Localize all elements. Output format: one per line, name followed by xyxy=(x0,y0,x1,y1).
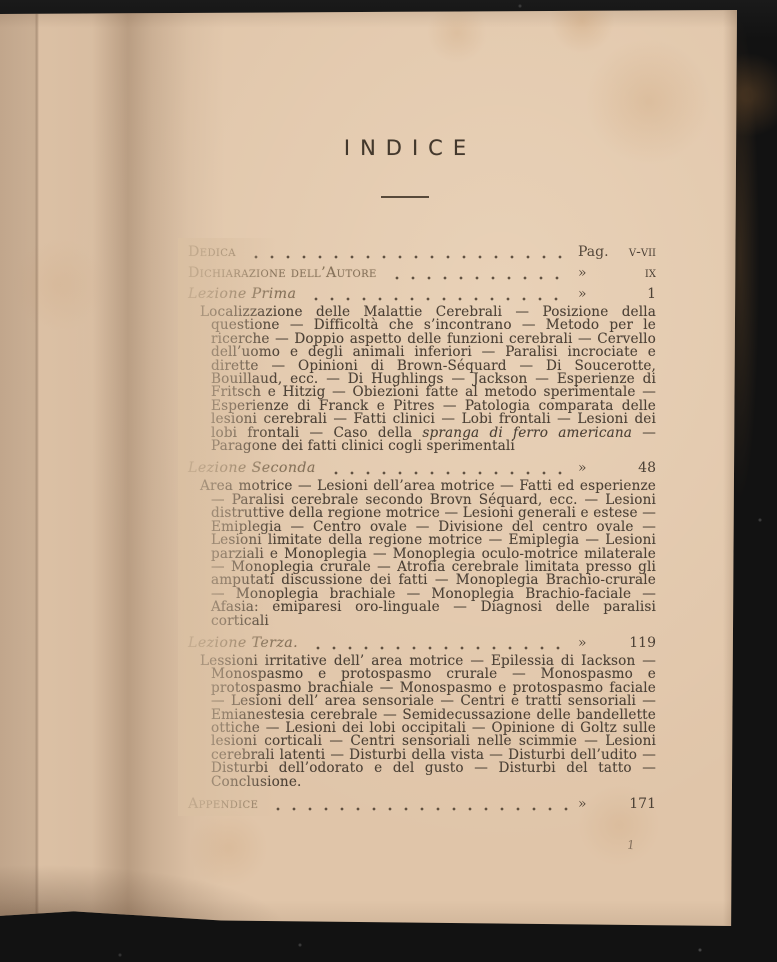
toc-row-label: Lezione Prima xyxy=(188,284,296,305)
page-ref: »1 xyxy=(578,284,656,305)
page-ref-number: v-vii xyxy=(629,242,656,263)
toc-row-dedica: Dedica Pag.v-vii xyxy=(188,242,656,263)
toc-row-label: Dichiarazione dell’Autore xyxy=(188,263,377,284)
page-ref-mark: » xyxy=(578,458,587,479)
toc-row-label: Lezione Seconda xyxy=(188,458,316,479)
pencil-mark: 1 xyxy=(626,838,636,853)
toc-row-lezione-terza: Lezione Terza. »119 xyxy=(188,633,656,654)
page-ref-mark: » xyxy=(578,263,587,284)
toc-body-paragraph: Localizzazione delle Malattie Cerebrali … xyxy=(188,306,656,453)
page-ref-mark: » xyxy=(578,633,587,654)
dot-leader xyxy=(246,242,570,263)
book-photo: INDICE Dedica Pag.v-vii Dichiarazione de… xyxy=(0,0,777,962)
toc-row-lezione-seconda: Lezione Seconda »48 xyxy=(188,458,656,479)
page-ref: »48 xyxy=(578,458,656,479)
page-ref-number: 1 xyxy=(647,284,656,305)
title-rule xyxy=(381,196,429,198)
page-ref: »ix xyxy=(578,263,656,284)
dot-leader xyxy=(268,794,570,815)
toc-row-dichiarazione: Dichiarazione dell’Autore »ix xyxy=(188,263,656,284)
page-ref: »119 xyxy=(578,633,656,654)
toc-row-appendice: Appendice »171 xyxy=(188,794,656,815)
toc-row-label: Lezione Terza. xyxy=(188,633,298,654)
page-ref: Pag.v-vii xyxy=(578,242,656,263)
toc: Dedica Pag.v-vii Dichiarazione dell’Auto… xyxy=(188,242,656,815)
page-ref-number: ix xyxy=(645,263,656,284)
dot-leader xyxy=(306,284,570,305)
paragraph-text: Area motrice — Lesioni dell’area motrice… xyxy=(200,478,656,628)
dot-leader xyxy=(308,633,570,654)
page-ref-mark: » xyxy=(578,794,587,815)
toc-row-label: Dedica xyxy=(188,242,236,263)
dot-leader xyxy=(326,458,570,479)
paragraph-text: Localizzazione delle Malattie Cerebrali … xyxy=(200,304,656,441)
toc-row-label: Appendice xyxy=(188,794,258,815)
page-ref: »171 xyxy=(578,794,656,815)
page-ref-mark: Pag. xyxy=(578,242,609,263)
toc-row-lezione-prima: Lezione Prima »1 xyxy=(188,284,656,305)
book-page: INDICE Dedica Pag.v-vii Dichiarazione de… xyxy=(0,10,737,926)
toc-body-paragraph: Lessioni irritative dell’ area motrice —… xyxy=(188,655,656,789)
paragraph-text: Lessioni irritative dell’ area motrice —… xyxy=(200,653,656,790)
page-ref-number: 119 xyxy=(629,633,656,654)
page-title: INDICE xyxy=(155,136,655,160)
page-ref-mark: » xyxy=(578,284,587,305)
page-ref-number: 171 xyxy=(629,794,656,815)
page-ref-number: 48 xyxy=(638,458,656,479)
dot-leader xyxy=(387,263,570,284)
toc-body-paragraph: Area motrice — Lesioni dell’area motrice… xyxy=(188,480,656,627)
